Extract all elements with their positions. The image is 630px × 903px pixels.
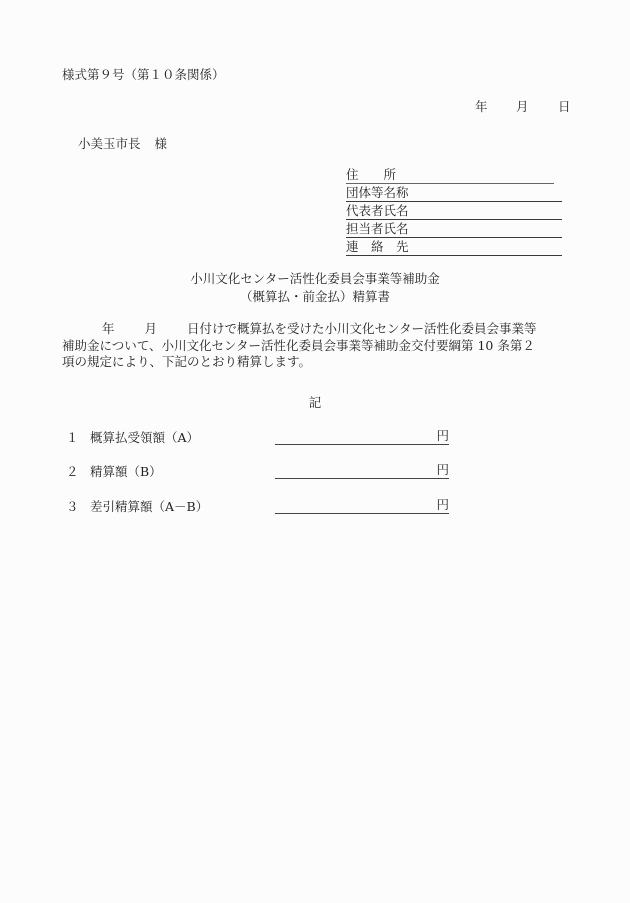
item-label: 差引精算額（A－B） (90, 497, 208, 515)
settlement-amount-field[interactable]: 円 (275, 462, 449, 479)
contact-person-field[interactable]: 担当者氏名 (346, 220, 562, 238)
organization-name-field[interactable]: 団体等名称 (346, 184, 562, 202)
item-number: ３ (66, 497, 79, 515)
document-title: 小川文化センター活性化委員会事業等補助金 （概算払・前金払）精算書 (0, 270, 630, 306)
address-field[interactable]: 住 所 (346, 166, 554, 184)
document-title-line2: （概算払・前金払）精算書 (0, 288, 630, 306)
date-day-label: 日 (558, 97, 571, 115)
item-advance-received: １ 概算払受領額（A） 円 (66, 428, 456, 448)
advance-received-amount-field[interactable]: 円 (275, 428, 449, 445)
difference-amount-field[interactable]: 円 (275, 497, 449, 514)
representative-name-field[interactable]: 代表者氏名 (346, 202, 562, 220)
address-label: 住 所 (346, 167, 396, 183)
item-label: 精算額（B） (90, 462, 162, 480)
item-label: 概算払受領額（A） (90, 428, 199, 446)
body-paragraph: 年月日付けで概算払を受けた小川文化センター活性化委員会事業等 補助金について、小… (62, 321, 582, 371)
body-line-1-text: 日付けで概算払を受けた小川文化センター活性化委員会事業等 (187, 321, 537, 336)
document-title-line1: 小川文化センター活性化委員会事業等補助金 (0, 270, 630, 288)
item-number: １ (66, 428, 79, 446)
yen-unit: 円 (436, 460, 449, 478)
yen-unit: 円 (436, 495, 449, 513)
yen-unit: 円 (436, 426, 449, 444)
body-line-2: 補助金について、小川文化センター活性化委員会事業等補助金交付要綱第 10 条第２ (62, 338, 582, 355)
body-line-1: 年月日付けで概算払を受けた小川文化センター活性化委員会事業等 (62, 321, 582, 338)
contact-info-field[interactable]: 連 絡 先 (346, 238, 562, 256)
date-line: 年 月 日 (472, 97, 572, 113)
addressee-name: 小美玉市長 (78, 136, 141, 151)
addressee-honorific: 様 (155, 136, 168, 151)
item-number: ２ (66, 462, 79, 480)
contact-person-label: 担当者氏名 (346, 221, 409, 237)
item-difference-amount: ３ 差引精算額（A－B） 円 (66, 497, 456, 517)
form-number: 様式第９号（第１０条関係） (62, 65, 225, 83)
body-year-label: 年 (102, 321, 115, 336)
ki-heading: 記 (0, 393, 630, 411)
organization-name-label: 団体等名称 (346, 185, 409, 201)
body-month-label: 月 (145, 321, 158, 336)
contact-info-label: 連 絡 先 (346, 239, 409, 255)
date-month-label: 月 (516, 97, 529, 115)
representative-name-label: 代表者氏名 (346, 203, 409, 219)
applicant-block: 住 所 団体等名称 代表者氏名 担当者氏名 連 絡 先 (346, 166, 562, 256)
date-year-label: 年 (475, 97, 488, 115)
body-line-3: 項の規定により、下記のとおり精算します。 (62, 354, 582, 371)
addressee: 小美玉市長様 (78, 134, 167, 152)
item-settlement-amount: ２ 精算額（B） 円 (66, 462, 456, 482)
